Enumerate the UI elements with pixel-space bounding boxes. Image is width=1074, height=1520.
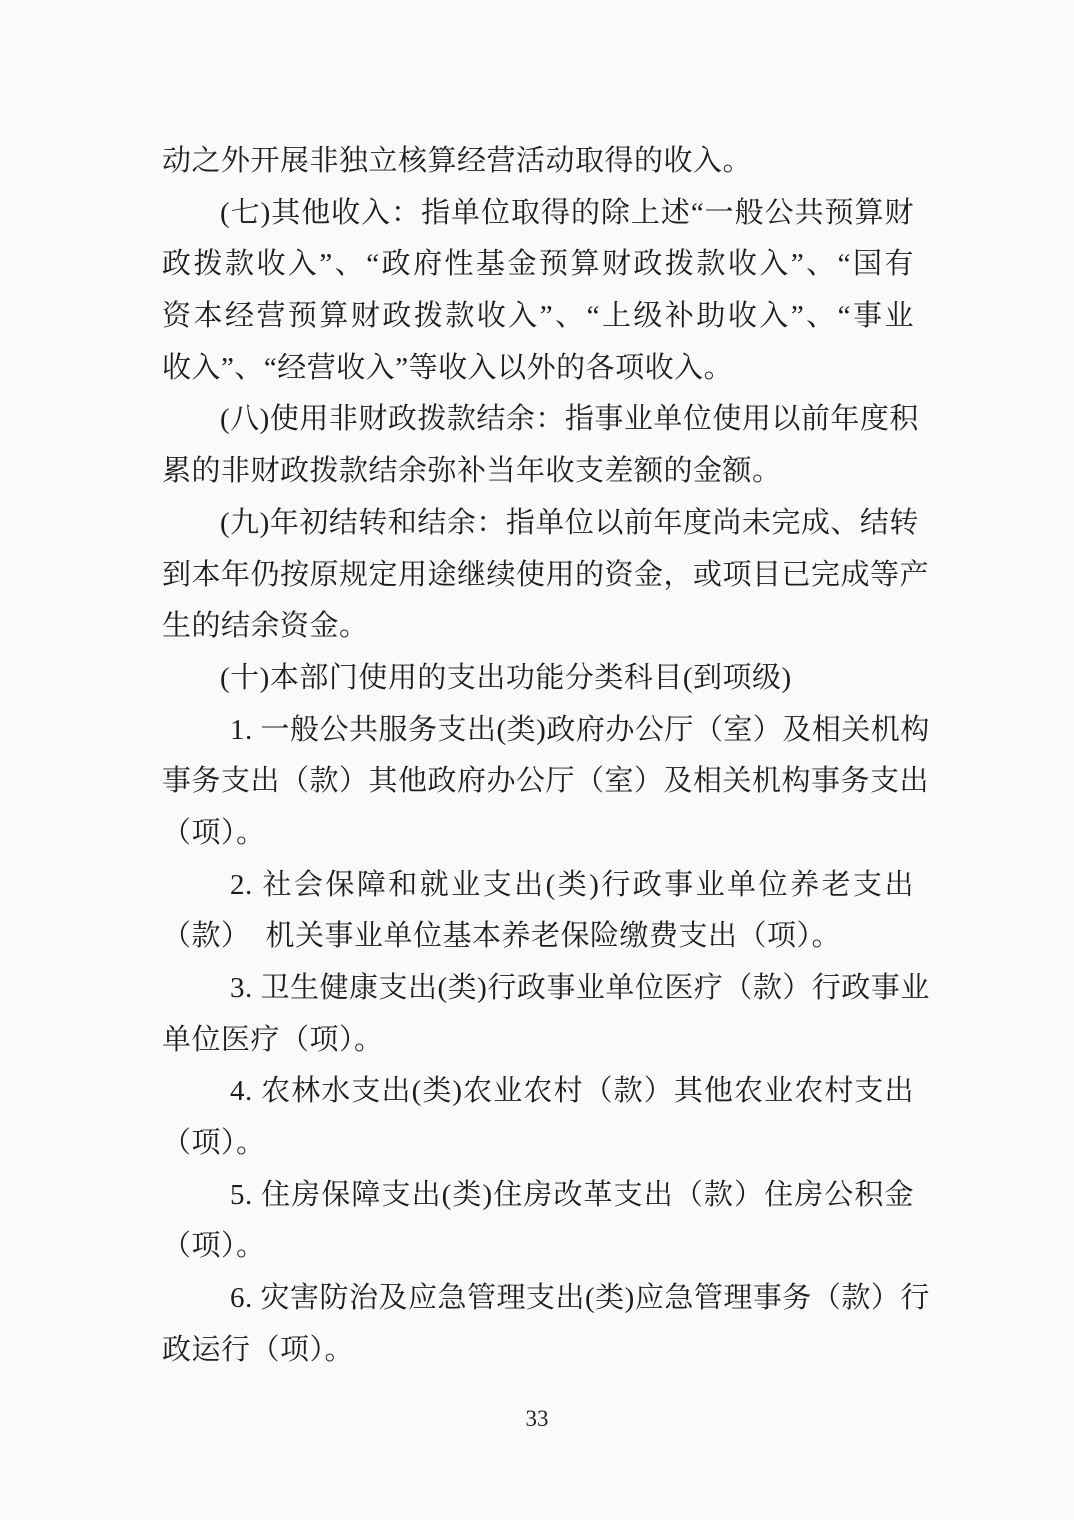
text-line: 单位医疗（项）。 (162, 1015, 914, 1067)
document-body: 动之外开展非独立核算经营活动取得的收入。(七)其他收入：指单位取得的除上述“一般… (162, 136, 914, 1377)
text-line: 事务支出（款）其他政府办公厅（室）及相关机构事务支出 (162, 756, 914, 808)
text-line: 2. 社会保障和就业支出(类)行政事业单位养老支出 (162, 860, 914, 912)
text-line: 6. 灾害防治及应急管理支出(类)应急管理事务（款）行 (162, 1273, 914, 1325)
text-line: 政拨款收入”、“政府性基金预算财政拨款收入”、“国有 (162, 239, 914, 291)
text-line: 收入”、“经营收入”等收入以外的各项收入。 (162, 343, 914, 395)
text-line: 4. 农林水支出(类)农业农村（款）其他农业农村支出 (162, 1066, 914, 1118)
text-line: （项）。 (162, 1118, 914, 1170)
text-line: 5. 住房保障支出(类)住房改革支出（款）住房公积金 (162, 1170, 914, 1222)
text-line: （款） 机关事业单位基本养老保险缴费支出（项）。 (162, 911, 914, 963)
text-line: 动之外开展非独立核算经营活动取得的收入。 (162, 136, 914, 188)
text-line: （项）。 (162, 1221, 914, 1273)
text-line: (七)其他收入：指单位取得的除上述“一般公共预算财 (162, 188, 914, 240)
page-number: 33 (0, 1402, 1074, 1436)
document-page: 动之外开展非独立核算经营活动取得的收入。(七)其他收入：指单位取得的除上述“一般… (0, 0, 1074, 1520)
text-line: 3. 卫生健康支出(类)行政事业单位医疗（款）行政事业 (162, 963, 914, 1015)
text-line: 到本年仍按原规定用途继续使用的资金，或项目已完成等产 (162, 550, 914, 602)
text-line: 政运行（项）。 (162, 1325, 914, 1377)
text-line: 1. 一般公共服务支出(类)政府办公厅（室）及相关机构 (162, 705, 914, 757)
text-line: 累的非财政拨款结余弥补当年收支差额的金额。 (162, 446, 914, 498)
text-line: (十)本部门使用的支出功能分类科目(到项级) (162, 653, 914, 705)
text-line: 生的结余资金。 (162, 601, 914, 653)
text-line: (八)使用非财政拨款结余：指事业单位使用以前年度积 (162, 394, 914, 446)
text-line: （项）。 (162, 808, 914, 860)
text-line: 资本经营预算财政拨款收入”、“上级补助收入”、“事业 (162, 291, 914, 343)
text-line: (九)年初结转和结余：指单位以前年度尚未完成、结转 (162, 498, 914, 550)
